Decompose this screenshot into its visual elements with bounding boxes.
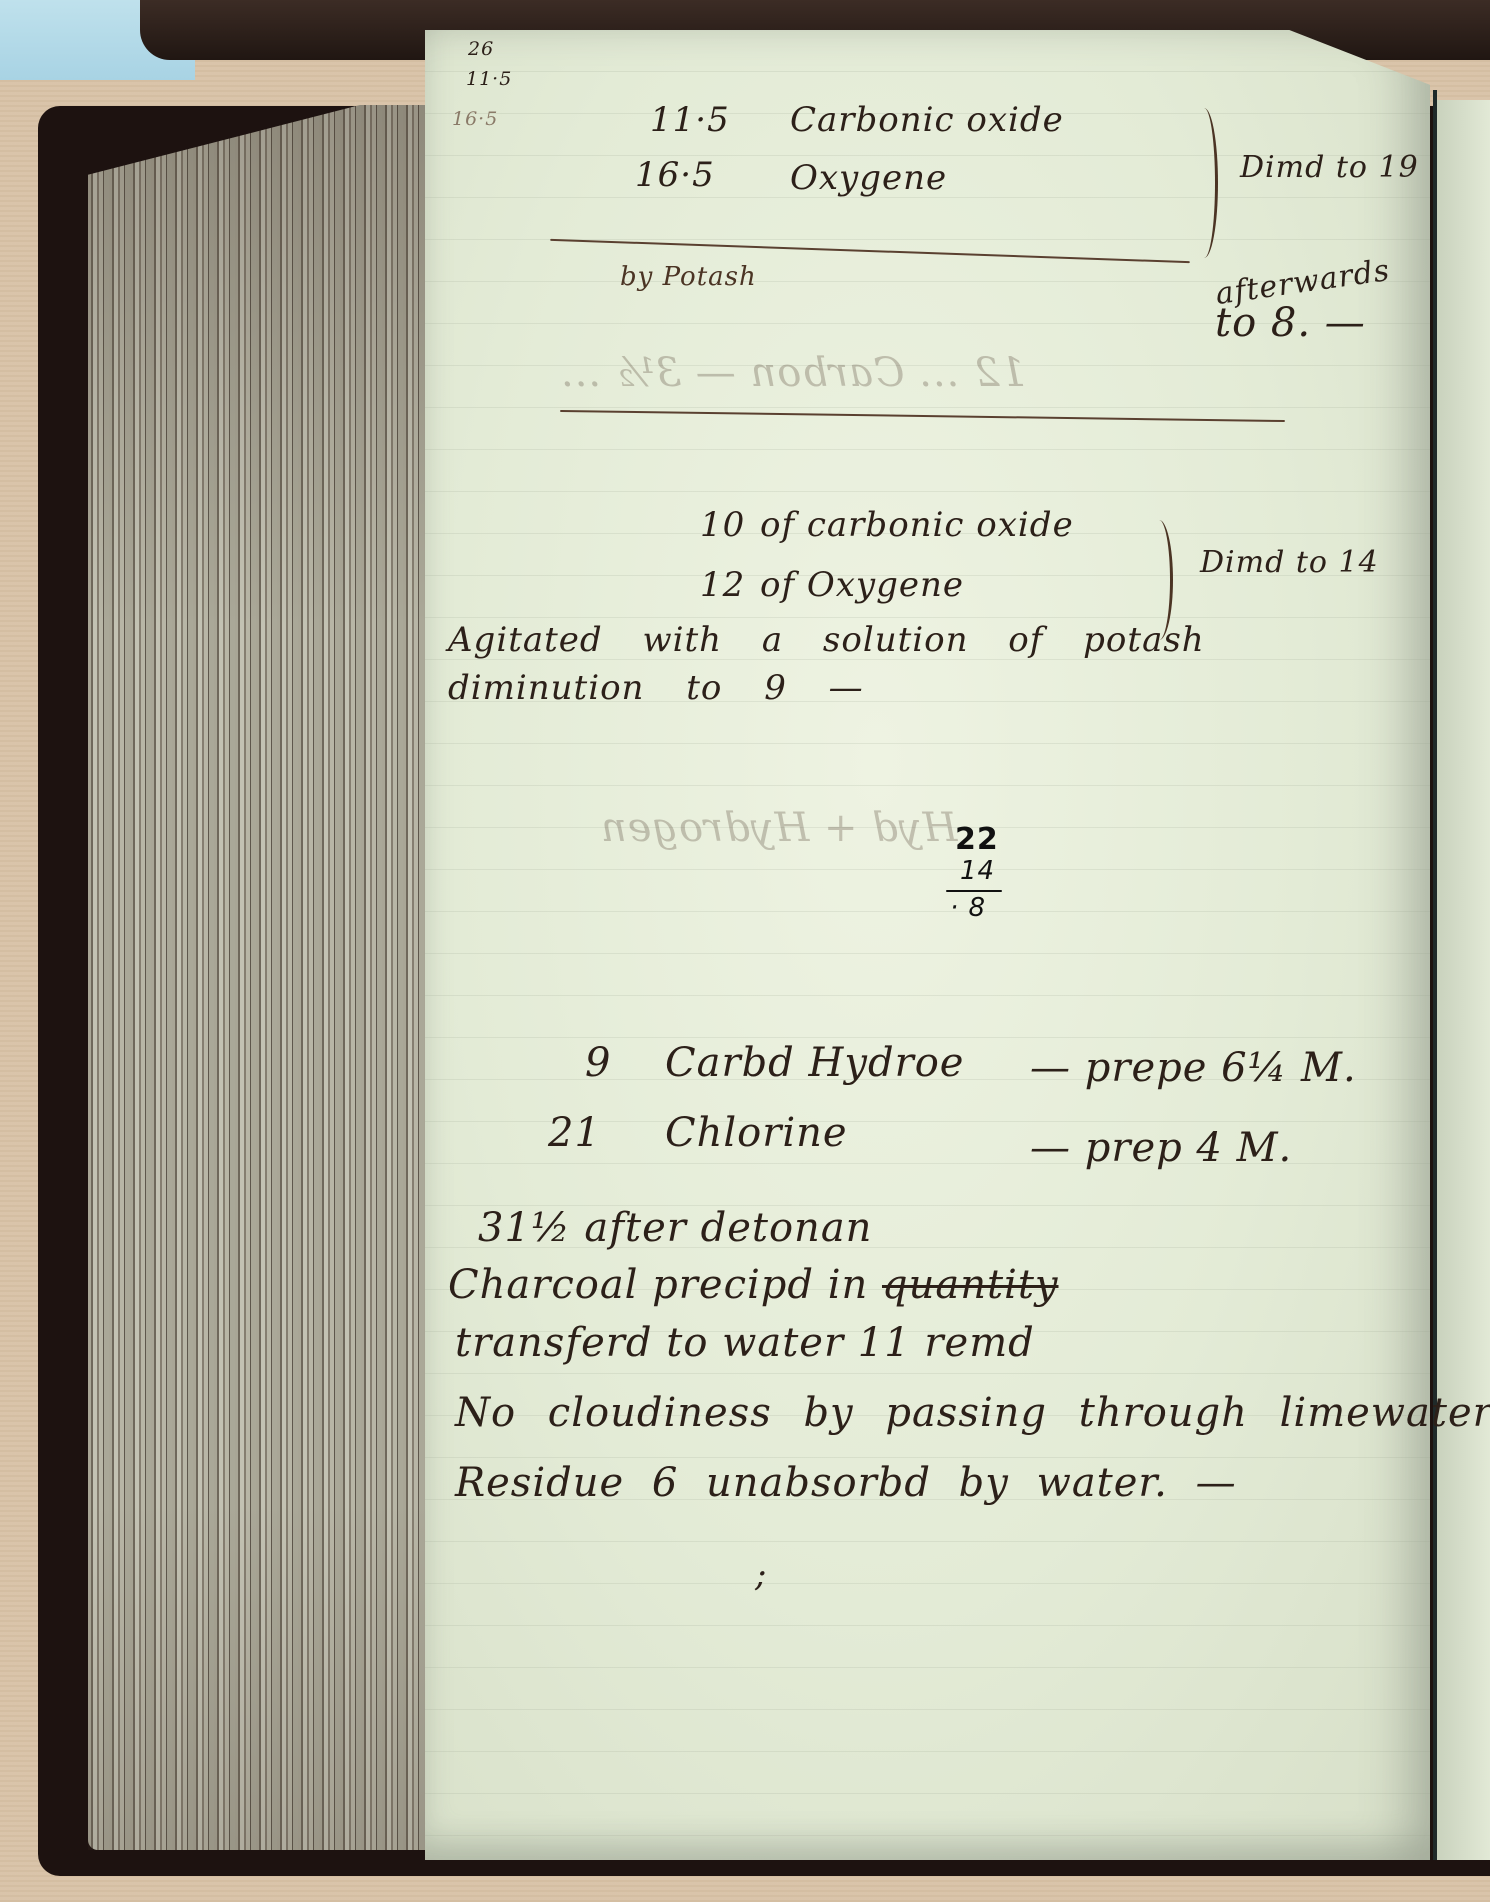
- facing-page: [1437, 100, 1490, 1860]
- quantity: 16·5: [635, 155, 715, 195]
- gas-name: Oxygene: [790, 158, 947, 198]
- margin-number: 11·5: [466, 68, 512, 90]
- gas-name: Carbd Hydroe: [665, 1040, 964, 1086]
- calc-minuend: 22: [955, 822, 999, 857]
- side-note: to 8. —: [1215, 300, 1366, 346]
- text-fragment: precipd in: [638, 1262, 882, 1308]
- calc-rule: [946, 890, 1002, 892]
- text-line: Agitated with a solution of potash: [448, 620, 1205, 660]
- page-fore-edge: [88, 105, 428, 1850]
- text-line: Residue 6 unabsorbd by water. —: [455, 1460, 1237, 1506]
- gas-name: Chlorine: [665, 1110, 848, 1156]
- quantity: 12: [700, 565, 745, 605]
- calc-subtrahend: 14: [960, 856, 995, 886]
- text-line: diminution to 9 —: [448, 668, 864, 708]
- calc-result: · 8: [950, 893, 986, 923]
- margin-number: 26: [468, 38, 494, 60]
- text-fragment: Charcoal: [448, 1262, 638, 1308]
- bracket-note: Dimd to 19: [1240, 150, 1419, 185]
- gas-name: Carbonic oxide: [790, 100, 1064, 140]
- quantity: 9: [585, 1040, 611, 1086]
- quantity: 21: [548, 1110, 601, 1156]
- prep-note: — prepe 6¼ M.: [1030, 1045, 1357, 1091]
- bracket-note: Dimd to 14: [1200, 545, 1379, 580]
- text-line: No cloudiness by passing through limewat…: [455, 1390, 1490, 1436]
- note: by Potash: [620, 262, 757, 292]
- bleed-through-text: 12 ... Carbon — 3½ ...: [560, 350, 1026, 396]
- margin-number: 16·5: [452, 108, 498, 130]
- text-line: transferd to water 11 remd: [455, 1320, 1035, 1366]
- bleed-through-text: Hyd + Hydrogen: [600, 805, 957, 851]
- ink-mark: ;: [755, 1555, 767, 1595]
- prep-note: — prep 4 M.: [1030, 1125, 1292, 1171]
- gas-name: of carbonic oxide: [760, 505, 1074, 545]
- text-line: 31½ after detonan: [478, 1205, 872, 1251]
- text-line: Charcoal precipd in quantity: [448, 1262, 1059, 1308]
- quantity: 10: [700, 505, 745, 545]
- gas-name: of Oxygene: [760, 565, 964, 605]
- quantity: 11·5: [650, 100, 730, 140]
- struck-word: quantity: [882, 1262, 1059, 1308]
